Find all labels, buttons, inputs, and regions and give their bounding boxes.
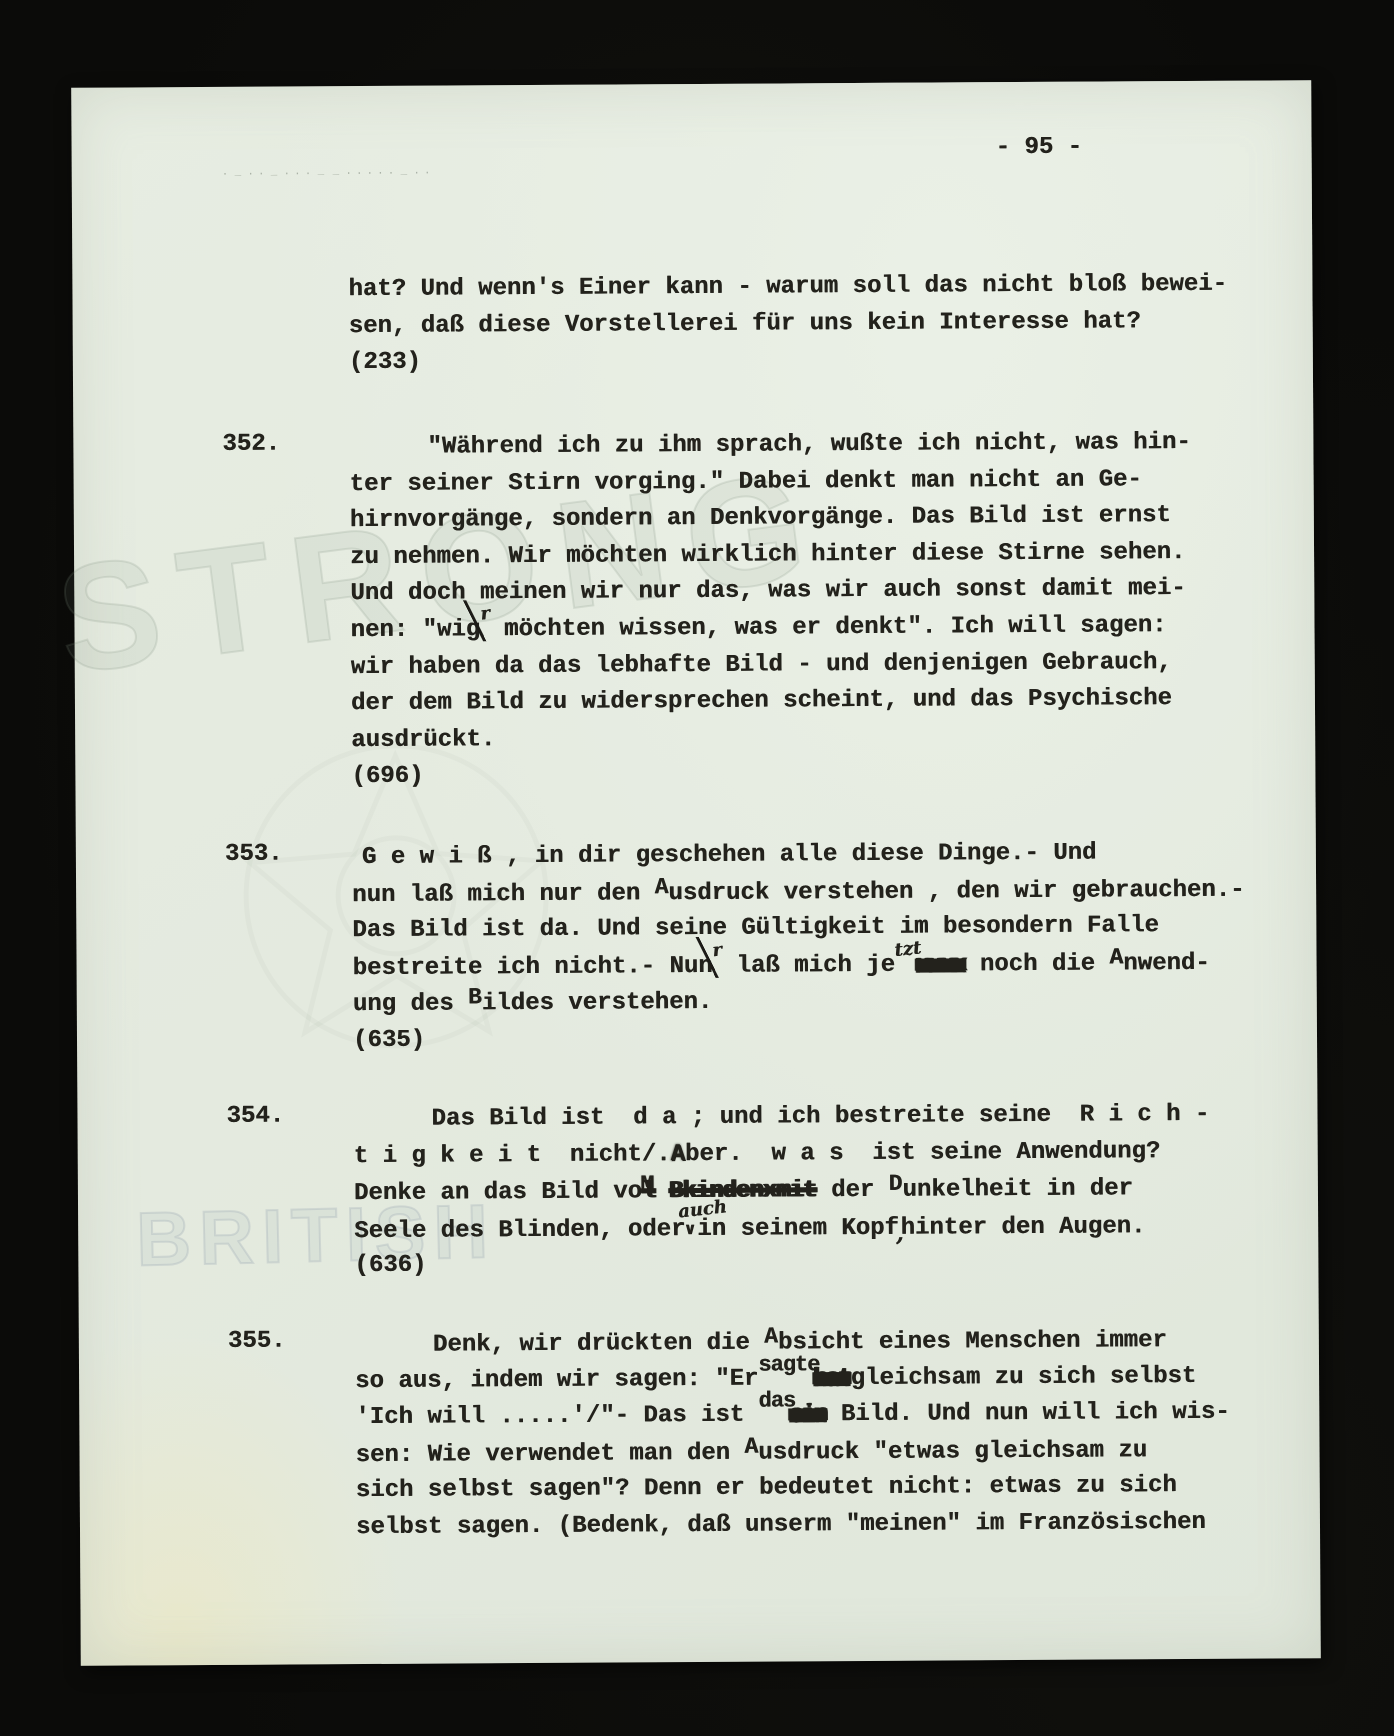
mark-typed-sup: sagte [758, 1347, 819, 1384]
typescript-paragraph: 354.Das Bild ist d a ; und ich bestreite… [226, 1096, 1288, 1285]
mark-raised: A [1109, 939, 1123, 976]
text-line: sen, daß diese Vorstellerei für uns kein… [349, 303, 1283, 345]
text-run: bestreite ich nicht.- Nu [352, 953, 698, 982]
text-run: Das Bild ist da. Und seine Gültigkeit im… [352, 912, 1159, 944]
mark-raised: A [654, 869, 668, 906]
text-line: sich selbst sagen"? Denn er bedeutet nic… [356, 1468, 1290, 1510]
text-run: noch die [965, 950, 1109, 978]
text-run: usdruck "etwas gleichsam zu [758, 1437, 1147, 1466]
text-run: ildes verstehen. [482, 989, 713, 1017]
text-run: nun laß mich nur den [352, 880, 655, 909]
text-line: t i g k e i t nicht/.Aber. w a s ist sei… [354, 1133, 1288, 1175]
typescript-paragraph: hat? Und wenn's Einer kann - warum soll … [221, 266, 1283, 382]
text-run: Das Bild ist d a ; und ich bestreite sei… [431, 1101, 1209, 1133]
text-line: Denk, wir drückten die Absicht eines Men… [355, 1321, 1289, 1363]
text-line: (233) [349, 340, 1283, 382]
section-number: 354. [226, 1103, 284, 1130]
mark-hand-low: , [896, 1216, 904, 1253]
text-line: bestreite ich nicht.- Nunr laß mich jetz… [352, 944, 1286, 986]
paragraph-lines: G e w i ß , in dir geschehen alle diese … [352, 834, 1287, 1059]
mark-typed-sup: das [758, 1384, 795, 1421]
text-line: wir haben da das lebhafte Bild - und den… [351, 644, 1285, 686]
mark-raised: D [889, 1166, 903, 1203]
typescript-paragraph: 352."Während ich zu ihm sprach, wußte ic… [222, 424, 1285, 796]
text-run: hinter den Augen. [900, 1213, 1145, 1241]
section-number: 353. [225, 841, 283, 868]
text-line: hirnvorgänge, sondern an Denkvorgänge. D… [350, 498, 1284, 540]
text-run: laß mich je [722, 952, 895, 980]
mark-xslash: g [466, 612, 481, 649]
paragraph-lines: "Während ich zu ihm sprach, wußte ich ni… [349, 424, 1285, 796]
mark-hand-sup: auch [676, 1189, 729, 1231]
text-run: ber. w a s ist seine Anwendung? [685, 1138, 1160, 1168]
text-run: Denke an das Bild vo [354, 1179, 642, 1208]
document-page: STRONG BRITISH ·﹘··﹘···﹘﹘·····﹘·· - 95 -… [71, 80, 1321, 1666]
mark-raised: A [744, 1428, 758, 1465]
text-run: möchten wissen, was er denkt". Ich will … [490, 612, 1167, 643]
text-line: Das Bild ist da. Und seine Gültigkeit im… [352, 908, 1286, 950]
text-line: so aus, indem wir sagen: "Ersagtehatglei… [355, 1358, 1289, 1400]
mark-overlap: M [640, 1168, 655, 1205]
text-line: Das Bild ist d a ; und ich bestreite sei… [353, 1096, 1287, 1138]
text-run: bsicht eines Menschen immer [778, 1327, 1167, 1356]
text-line: selbst sagen. (Bedenk, daß unserm "meine… [356, 1504, 1290, 1546]
text-run [655, 1178, 670, 1205]
text-run: sich selbst sagen"? Denn er bedeutet nic… [356, 1472, 1177, 1504]
text-run: "Während ich zu ihm sprach, wußte ich ni… [427, 429, 1190, 461]
text-line: (636) [354, 1243, 1288, 1285]
text-line: der dem Bild zu widersprechen scheint, u… [351, 681, 1285, 723]
text-line: (635) [353, 1017, 1287, 1059]
text-run: wir haben da das lebhafte Bild - und den… [351, 649, 1172, 681]
text-run: hat? Und wenn's Einer kann - warum soll … [348, 271, 1227, 303]
text-line: ausdrückt. [351, 717, 1285, 759]
text-run: so aus, indem wir sagen: "Er [355, 1365, 758, 1394]
text-run: ung des [353, 991, 468, 1019]
mark-raised: B [468, 980, 482, 1017]
text-line: Seele des Blinden, oder∨auchin seinem Ko… [354, 1206, 1288, 1248]
paragraph-lines: Denk, wir drückten die Absicht eines Men… [355, 1321, 1290, 1546]
mark-hand-sup: tzt [893, 930, 924, 969]
text-run: (696) [351, 763, 423, 790]
text-line: nen: "wigr möchten wissen, was er denkt"… [350, 607, 1284, 649]
text-run: selbst sagen. (Bedenk, daß unserm "meine… [356, 1509, 1206, 1541]
text-line: "Während ich zu ihm sprach, wußte ich ni… [349, 424, 1283, 466]
text-line: Denke an das Bild volM Bkindenxmit der D… [354, 1170, 1288, 1212]
text-run: ausdrückt. [351, 726, 495, 754]
typescript-body: hat? Und wenn's Einer kann - warum soll … [71, 80, 1321, 1666]
typescript-paragraph: 353.G e w i ß , in dir geschehen alle di… [225, 834, 1287, 1060]
text-run: nen: "wi [350, 616, 465, 644]
text-run: ter seiner Stirn vorging." Dabei denkt m… [350, 466, 1142, 498]
text-run: (635) [353, 1027, 425, 1054]
mark-inked: A [670, 1141, 685, 1168]
text-run: gleichsam zu sich selbst [851, 1363, 1197, 1392]
text-line: ter seiner Stirn vorging." Dabei denkt m… [350, 461, 1284, 503]
text-run: (636) [354, 1252, 426, 1279]
text-run: sen, daß diese Vorstellerei für uns kein… [349, 308, 1141, 340]
text-run: Denk, wir drückten die [433, 1330, 764, 1359]
mark-xslash: n [698, 949, 713, 986]
text-run: sen: Wie verwendet man den [355, 1439, 744, 1468]
text-run: nwend- [1123, 950, 1210, 978]
text-line: 'Ich will .....'/"- Das ist dasein Bild.… [355, 1395, 1289, 1437]
scan-mount: { "page": { "number_label": "- 95 -" }, … [0, 0, 1394, 1736]
text-run: (233) [349, 349, 421, 376]
paragraph-lines: hat? Und wenn's Einer kann - warum soll … [348, 266, 1283, 381]
section-number: 352. [222, 431, 280, 458]
text-run: usdruck verstehen , den wir gebrauchen.- [668, 876, 1244, 907]
text-line: ung des Bildes verstehen. [353, 981, 1287, 1023]
text-line: sen: Wie verwendet man den Ausdruck "etw… [355, 1431, 1289, 1473]
text-line: G e w i ß , in dir geschehen alle diese … [352, 834, 1286, 876]
text-run: t i g k e i t nicht/. [354, 1141, 671, 1170]
text-run: hirnvorgänge, sondern an Denkvorgänge. D… [350, 502, 1171, 534]
section-number: 355. [228, 1328, 286, 1355]
text-run: Seele des Blinden, oder [354, 1216, 685, 1245]
text-line: nun laß mich nur den Ausdruck verstehen … [352, 871, 1286, 913]
text-line: (696) [351, 754, 1285, 796]
text-run: G e w i ß , in dir geschehen alle diese … [362, 840, 1097, 871]
text-line: Und doch meinen wir nur das, was wir auc… [350, 571, 1284, 613]
text-run: 'Ich will .....'/"- Das ist [355, 1402, 758, 1431]
typescript-paragraph: 355.Denk, wir drückten die Absicht eines… [228, 1321, 1290, 1547]
text-line: hat? Und wenn's Einer kann - warum soll … [348, 266, 1282, 308]
text-line: zu nehmen. Wir möchten wirklich hinter d… [350, 534, 1284, 576]
text-run: zu nehmen. Wir möchten wirklich hinter d… [350, 539, 1185, 571]
text-run: der [817, 1177, 889, 1204]
text-run: unkelheit in der [902, 1176, 1133, 1204]
text-run: der dem Bild zu widersprechen scheint, u… [351, 685, 1172, 717]
text-run: Bild. Und nun will ich wis- [826, 1399, 1229, 1428]
paragraph-lines: Das Bild ist d a ; und ich bestreite sei… [353, 1096, 1288, 1285]
